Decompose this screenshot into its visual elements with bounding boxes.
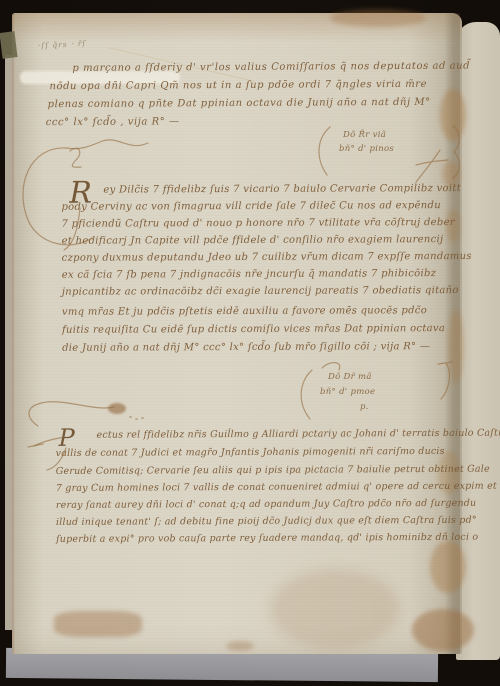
manuscript-photo: ·ſſ q̃rs ‧ r̃ſ p marçano a ſſderiy d' vr… bbox=[0, 0, 500, 686]
note-flourish bbox=[322, 363, 340, 370]
note-paren bbox=[319, 127, 330, 175]
note-bracket bbox=[453, 126, 460, 178]
note-paren bbox=[301, 370, 312, 419]
pen-flourishes bbox=[0, 0, 500, 686]
paraph-flourish bbox=[23, 140, 148, 245]
note-bracket bbox=[438, 362, 452, 399]
ink-dots bbox=[130, 417, 143, 419]
divider-flourish bbox=[29, 402, 114, 426]
initial-swash bbox=[34, 437, 66, 470]
note-flourish bbox=[416, 150, 448, 182]
paraph-flourish bbox=[70, 148, 81, 167]
